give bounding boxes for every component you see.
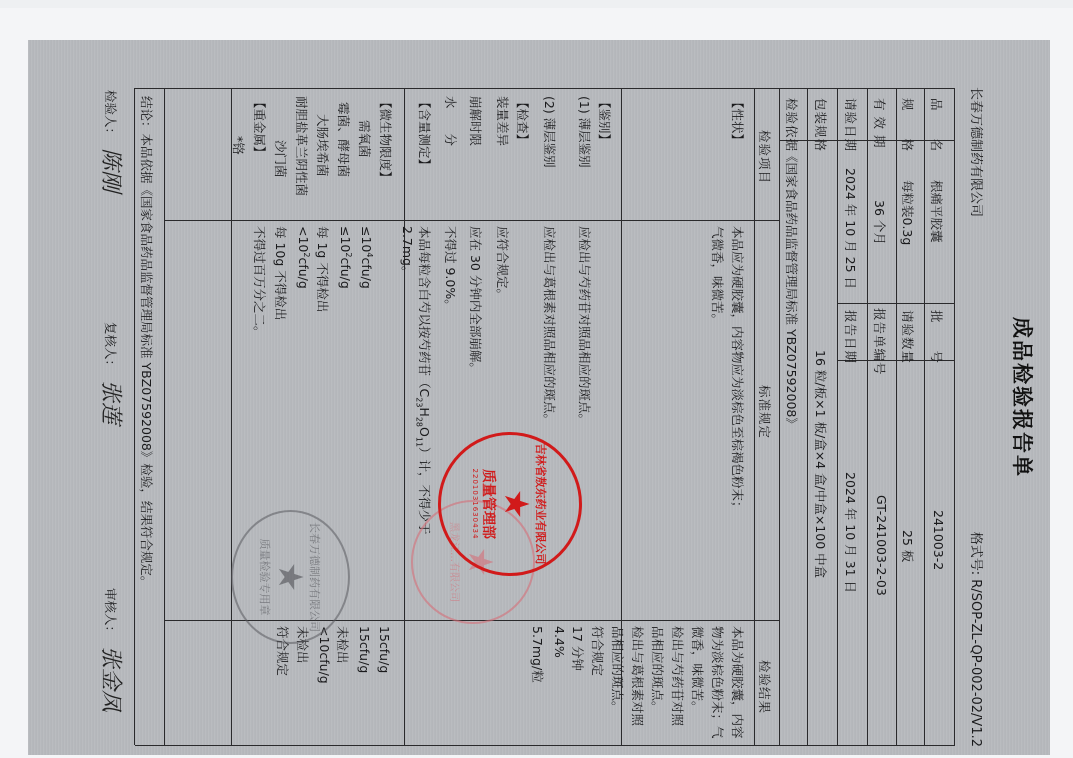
row-line	[231, 88, 232, 745]
appearance-result-line2: 物为淡棕色粉末；气	[709, 626, 727, 739]
assay-text: O	[417, 427, 432, 437]
microbial-1-name: 需氧菌	[356, 120, 374, 158]
assay-standard-line1: 本品每粒含白芍以按芍药苷（C23H28O11）计，不得少于	[415, 226, 435, 535]
table-border-right	[135, 745, 955, 746]
section-microbial: 【微生物限度】	[377, 96, 395, 184]
standard-text: <10	[296, 226, 311, 252]
value-expiry: 36 个月	[871, 200, 889, 245]
star-icon: ★	[274, 562, 308, 592]
identification-1-result-line2: 品相应的斑点。	[649, 626, 667, 714]
inspection-report-page: 成品检验报告单 长春万德制药有限公司 格式号: R/SOP-ZL-QP-002-…	[28, 40, 1050, 755]
formula-subscript: 11	[415, 437, 424, 447]
inspection-1-name: 装量差异	[494, 96, 512, 146]
inspection-2-standard: 应在 30 分钟内全部崩解。	[467, 226, 485, 375]
standard-unit: cfu/g	[359, 257, 374, 288]
red-stamp-number: 2201031630434	[471, 469, 479, 540]
assay-text: H	[417, 407, 432, 416]
row-line	[754, 88, 755, 745]
section-assay: 【含量测定】	[416, 96, 434, 171]
approver-label: 审核人：	[102, 588, 120, 638]
row-line	[924, 88, 925, 745]
section-inspection: 【检查】	[514, 96, 532, 146]
standard-text: ≤10	[338, 226, 353, 252]
value-batch-number: 241003-2	[931, 510, 946, 570]
microbial-5-name: 沙门菌	[272, 140, 290, 178]
label-report-number: 报告单编号	[871, 308, 889, 376]
heavy-metal-1-standard: 不得过百万分之二。	[251, 226, 269, 339]
row-line	[807, 88, 808, 745]
microbial-1-result: 15cfu/g	[377, 626, 392, 673]
reviewer-signature: 张莲	[97, 380, 128, 424]
star-icon: ★	[499, 489, 533, 519]
reviewer-label: 复核人：	[102, 322, 120, 372]
inspection-3-name: 水 分	[442, 96, 460, 146]
standard-unit: cfu/g	[338, 257, 353, 288]
microbial-3-standard: 每 1g 不得检出	[314, 226, 332, 312]
label-request-date: 请验日期	[842, 98, 860, 152]
appearance-standard-line2: 气微香，味微苦。	[709, 226, 727, 326]
value-product-name: 根痛平胶囊	[928, 180, 946, 243]
value-specification: 每粒装0.3g	[899, 180, 917, 245]
appearance-result-line1: 本品为硬胶囊，内容	[729, 626, 747, 739]
appearance-result-line3: 微香，味微苦。	[689, 626, 707, 714]
company-name: 长春万德制药有限公司	[968, 87, 987, 217]
identification-1-result-line1: 检出与芍药苷对照	[669, 626, 687, 726]
red-stamp-department: 质量管理部	[479, 469, 499, 539]
col-header-standard: 标准规定	[756, 385, 774, 439]
row-line	[164, 88, 165, 745]
formula-subscript: 28	[415, 417, 424, 427]
row-line	[404, 88, 405, 745]
assay-result: 5.7mg/粒	[529, 626, 547, 683]
identification-1-standard: 应检出与芍药苷对照品相应的斑点。	[576, 226, 594, 426]
appearance-standard-line1: 本品应为硬胶囊，内容物应为淡棕色至棕褐色粉末；	[729, 226, 747, 514]
inspector-label: 检验人：	[102, 90, 120, 140]
section-heavy-metals: 【重金属】	[251, 96, 269, 159]
format-label: 格式号:	[968, 532, 983, 575]
formula-subscript: 23	[415, 397, 424, 407]
inspection-1-standard: 应符合规定。	[494, 226, 512, 301]
inspection-2-name: 崩解时限	[467, 96, 485, 146]
inspector-signature: 陈刚	[97, 148, 128, 192]
assay-standard-line2: 2.7mg。	[399, 226, 417, 279]
section-appearance: 【性状】	[729, 96, 747, 146]
label-product-name: 品 名	[928, 98, 946, 152]
microbial-4-name: 耐胆盐革兰阴性菌	[293, 96, 311, 196]
format-code: R/SOP-ZL-QP-002-02/V1.2	[968, 579, 983, 747]
col-line	[838, 303, 955, 304]
row-line	[896, 88, 897, 745]
approver-signature: 张金凤	[97, 646, 128, 712]
gray-stamp-label: 质量检验专用章	[258, 539, 274, 616]
label-request-quantity: 请验数量	[899, 310, 917, 364]
value-request-date: 2024 年 10 月 25 日	[842, 168, 860, 289]
identification-2-name: (2) 薄层鉴别	[541, 96, 559, 168]
identification-1-name: (1) 薄层鉴别	[576, 96, 594, 168]
quality-dept-red-stamp: 吉林省敖东药业有限公司 ★ 质量管理部 2201031630434	[438, 432, 582, 576]
label-report-date: 报告日期	[842, 310, 860, 364]
assay-text: 本品每粒含白芍以按芍药苷（C	[417, 226, 432, 397]
format-number: 格式号: R/SOP-ZL-QP-002-02/V1.2	[968, 532, 987, 747]
label-batch-number: 批 号	[928, 310, 946, 364]
col-header-result: 检验结果	[756, 660, 774, 714]
value-request-quantity: 25 板	[899, 530, 917, 562]
table-border-bottom	[134, 88, 135, 745]
row-line	[837, 88, 838, 745]
microbial-2-name: 霉菌、酵母菌	[335, 102, 353, 177]
col-line	[165, 220, 780, 221]
conclusion: 结论：本品依据《国家食品药品监督管理局标准 YBZ07592008》检验，结果符…	[138, 96, 156, 588]
value-packaging: 16 粒/板×1 板/盒×4 盒/中盒×100 中盒	[812, 350, 830, 578]
col-header-item: 检验项目	[756, 130, 774, 184]
identification-2-result-line2: 品相应的斑点。	[609, 626, 627, 714]
label-expiry: 有 效 期	[871, 98, 889, 148]
standard-unit: cfu/g	[296, 257, 311, 288]
inspection-2-result: 17 分钟	[569, 626, 587, 671]
microbial-5-standard: 每 10g 不得检出	[272, 226, 290, 320]
value-report-date: 2024 年 10 月 31 日	[842, 472, 860, 593]
label-basis: 检验依据	[783, 98, 801, 152]
standard-text: ≤10	[359, 226, 374, 252]
inspection-seal-gray-stamp: 长春万德制药有限公司 ★ 质量检验专用章	[231, 510, 350, 644]
value-basis: 《国家食品药品监督管理局标准 YBZ07592008》	[783, 150, 801, 430]
heavy-metal-1-name: *铬	[230, 136, 248, 155]
scanner-edge	[0, 0, 1073, 8]
label-packaging: 包装规格	[812, 98, 830, 152]
table-border-left	[135, 88, 955, 89]
microbial-2-standard: ≤102cfu/g	[338, 226, 353, 289]
microbial-2-result: 15cfu/g	[357, 626, 372, 673]
identification-2-result-line1: 检出与葛根素对照	[629, 626, 647, 726]
inspection-3-standard: 不得过 9.0%。	[442, 226, 460, 312]
label-specification: 规 格	[899, 98, 917, 152]
microbial-4-standard: <102cfu/g	[296, 226, 311, 289]
identification-2-standard: 应检出与葛根素对照品相应的斑点。	[541, 226, 559, 426]
microbial-3-name: 大肠埃希菌	[314, 114, 332, 177]
inspection-1-result: 符合规定	[589, 626, 607, 676]
value-report-number: GT-241003-2-03	[874, 495, 889, 596]
inspection-3-result: 4.4%	[552, 626, 567, 658]
table-border-top	[954, 88, 955, 745]
row-line	[867, 88, 868, 745]
microbial-3-result: 未检出	[334, 626, 352, 664]
section-identification: 【鉴别】	[596, 96, 614, 146]
microbial-1-standard: ≤104cfu/g	[359, 226, 374, 289]
row-line	[779, 88, 780, 745]
report-title: 成品检验报告单	[1008, 40, 1038, 755]
